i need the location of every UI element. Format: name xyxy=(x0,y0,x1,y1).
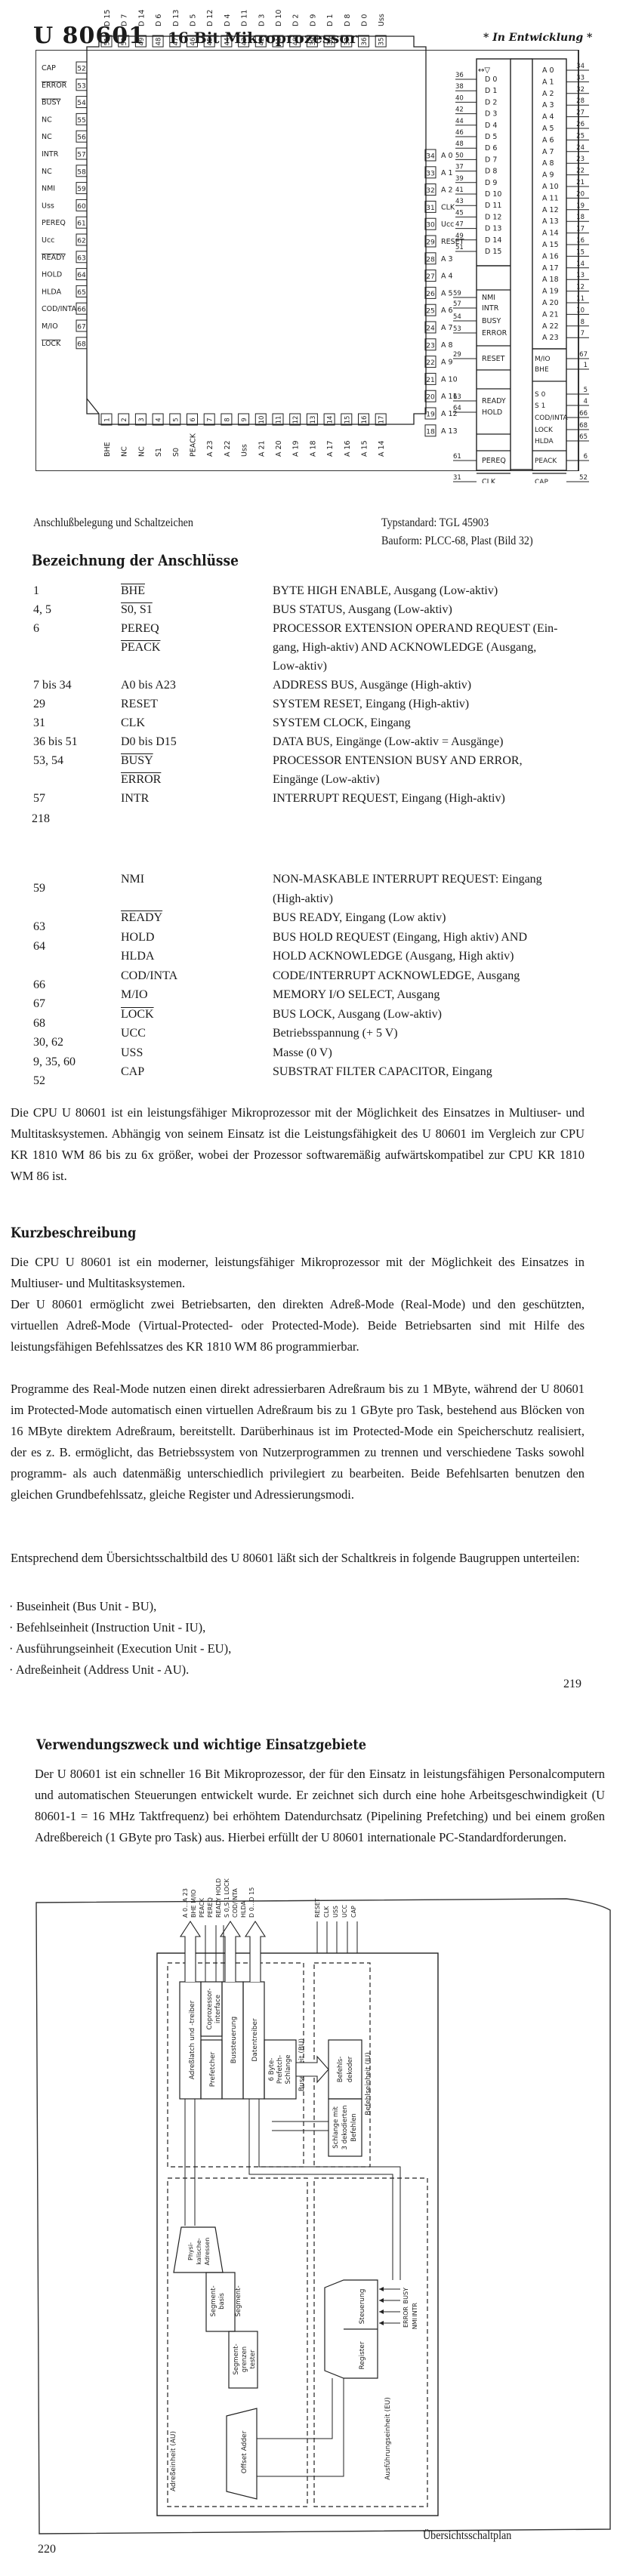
pin-number: 67 xyxy=(33,996,45,1012)
diagram-label: S1 xyxy=(155,448,163,457)
page-number: 220 xyxy=(38,2543,56,2556)
svg-text:↔▽: ↔▽ xyxy=(478,66,490,75)
diagram-label: A 9 xyxy=(441,359,453,367)
diagram-label: 19 xyxy=(426,411,435,419)
diagram-label: D 7 xyxy=(121,14,129,26)
pin-name: COD/INTA xyxy=(121,968,177,984)
diagram-label: 23 xyxy=(576,156,585,163)
diagram-label: D 0 xyxy=(485,75,497,84)
diagram-label: 51 xyxy=(104,38,112,46)
pin-description: DATA BUS, Eingänge (Low-aktiv = Ausgänge… xyxy=(273,734,575,750)
diagram-label: 44 xyxy=(224,38,231,46)
diagram-label: D 7 xyxy=(485,156,497,164)
pin-name: A0 bis A23 xyxy=(121,677,176,694)
diagram-label: Ausführungseinheit (EU) xyxy=(384,2397,392,2480)
diagram-label: 31 xyxy=(453,474,461,482)
diagram-label: 20 xyxy=(426,394,435,402)
diagram-label: Ucc xyxy=(42,236,54,245)
diagram-label: S0 xyxy=(172,448,180,457)
diagram-label: PEACK xyxy=(190,433,198,457)
diagram-label: Prefetch- xyxy=(276,2055,284,2084)
diagram-label: A 4 xyxy=(441,273,453,281)
pin-description: PROCESSOR ENTENSION BUSY AND ERROR, xyxy=(273,753,575,769)
pin-number: 52 xyxy=(33,1073,45,1089)
pin-name: UCC xyxy=(121,1025,146,1042)
diagram-label: A 12 xyxy=(542,206,559,214)
diagram-label: 57 xyxy=(453,300,461,308)
diagram-label: D 12 xyxy=(206,10,214,26)
diagram-label: A 3 xyxy=(542,101,554,109)
pinout-figure: 52CAP53ERROR54BUSY55NC56NC57INTR58NC59NM… xyxy=(0,0,620,483)
diagram-label: COD/INTA xyxy=(232,1888,239,1918)
diagram-label: PEREQ xyxy=(42,219,66,227)
diagram-label: 22 xyxy=(426,359,434,367)
diagram-label: 33 xyxy=(576,74,585,82)
diagram-label: grenzen xyxy=(241,2346,248,2372)
diagram-label: 25 xyxy=(426,308,434,316)
diagram-label: D 14 xyxy=(485,236,501,245)
pin-description: gang, High-aktiv) AND ACKNOWLEDGE (Ausga… xyxy=(273,639,575,656)
diagram-label: 41 xyxy=(276,38,283,46)
pin-name: PEREQ xyxy=(121,621,159,637)
block-diagram: Buseinheit (BU)Befehlseinheit (IU)Ausfüh… xyxy=(0,1865,620,2544)
diagram-label: 1 xyxy=(584,362,588,369)
diagram-label: 24 xyxy=(426,325,435,333)
kurzbeschreibung-heading: Kurzbeschreibung xyxy=(11,1225,136,1241)
diagram-label: 6 xyxy=(584,453,588,461)
diagram-label: 4 xyxy=(156,418,163,421)
diagram-label: 47 xyxy=(172,38,180,46)
diagram-label: D 13 xyxy=(485,225,501,233)
diagram-label: A 18 xyxy=(542,276,559,284)
diagram-label: A 21 xyxy=(542,310,559,319)
diagram-label: D 1 xyxy=(485,87,497,95)
figure-caption: Anschlußbelegung und Schaltzeichen xyxy=(33,516,193,530)
pin-description: HOLD ACKNOWLEDGE (Ausgang, High aktiv) xyxy=(273,948,575,965)
pin-description: Betriebsspannung (+ 5 V) xyxy=(273,1025,575,1042)
diagram-label: 51 xyxy=(455,244,464,251)
diagram-label: 46 xyxy=(455,129,464,137)
diagram-label: 34 xyxy=(426,153,435,161)
diagram-label: 63 xyxy=(77,254,85,262)
diagram-label: 58 xyxy=(77,168,86,176)
diagram-label: 28 xyxy=(426,256,435,263)
diagram-label: 9 xyxy=(241,418,248,421)
diagram-label: Segment- xyxy=(235,2285,242,2316)
diagram-label: 39 xyxy=(310,38,317,46)
diagram-label: 64 xyxy=(77,272,86,279)
diagram-label: 53 xyxy=(453,325,461,333)
pin-table-heading: Bezeichnung der Anschlüsse xyxy=(32,551,239,569)
diagram-label: 49 xyxy=(138,38,146,46)
diagram-label: A 19 xyxy=(542,288,559,296)
diagram-label: Adressen xyxy=(204,2238,211,2266)
diagram-label: tester xyxy=(249,2350,257,2369)
diagram-label: 65 xyxy=(77,289,85,297)
diagram-label: A 20 xyxy=(542,299,559,307)
diagram-label: INTR xyxy=(412,2303,418,2317)
diagram-label: 11 xyxy=(276,416,283,424)
diagram-label: 16 xyxy=(361,416,369,424)
pin-name: READY xyxy=(121,910,162,926)
diagram-label: M/IO xyxy=(535,356,551,363)
diagram-label: BUSY xyxy=(42,99,61,107)
diagram-label: 40 xyxy=(292,38,300,46)
diagram-label: D 14 xyxy=(137,10,146,26)
diagram-label: 66 xyxy=(579,410,588,418)
diagram-label: basis xyxy=(218,2293,226,2309)
diagram-label: A 17 xyxy=(542,264,559,273)
diagram-label: INTR xyxy=(482,304,499,313)
diagram-label: 42 xyxy=(258,38,266,46)
pin-description: SYSTEM RESET, Eingang (High-aktiv) xyxy=(273,696,575,713)
diagram-label: UCC xyxy=(341,1905,348,1918)
diagram-label: A 7 xyxy=(441,324,453,332)
diagram-label: 8 xyxy=(224,418,231,421)
pin-description: BUS READY, Eingang (Low aktiv) xyxy=(273,910,575,926)
diagram-label: A 1 xyxy=(441,169,453,177)
diagram-label: Coprozessor- xyxy=(206,1989,214,2030)
diagram-label: 8 xyxy=(581,319,585,326)
diagram-label: 33 xyxy=(426,170,434,177)
pin-description: (High-aktiv) xyxy=(273,891,575,907)
diagram-label: D 1 xyxy=(326,14,335,26)
diagram-label: A 3 xyxy=(441,255,453,263)
pin-number: 66 xyxy=(33,977,45,994)
diagram-label: 60 xyxy=(77,203,86,211)
diagram-label: D 9 xyxy=(309,14,317,26)
diagram-label: NC xyxy=(42,116,52,124)
diagram-label: A 19 xyxy=(292,440,301,457)
diagram-label: NC xyxy=(42,133,52,141)
intro-paragraph: Die CPU U 80601 ist ein leistungsfähiger… xyxy=(11,1102,585,1187)
diagram-label: Uss xyxy=(42,202,54,210)
pin-description: BUS HOLD REQUEST (Eingang, High aktiv) A… xyxy=(273,929,575,946)
diagram-label: 21 xyxy=(426,377,434,384)
pin-description: BYTE HIGH ENABLE, Ausgang (Low-aktiv) xyxy=(273,583,575,599)
diagram-label: A 4 xyxy=(542,113,554,122)
diagram-label: Segment- xyxy=(210,2285,217,2316)
diagram-label: A 0...A 23 xyxy=(182,1888,189,1918)
pin-description: ADDRESS BUS, Ausgänge (High-aktiv) xyxy=(273,677,575,694)
pin-description: NON-MASKABLE INTERRUPT REQUEST: Eingang xyxy=(273,871,575,888)
pin-description: Eingänge (Low-aktiv) xyxy=(273,772,575,788)
pin-number: 59 xyxy=(33,880,45,897)
diagram-label: D 15 xyxy=(103,10,112,26)
diagram-label: 43 xyxy=(455,198,464,205)
diagram-label: 48 xyxy=(156,38,163,46)
diagram-label: 27 xyxy=(426,273,434,281)
diagram-label: A 6 xyxy=(441,307,453,315)
diagram-label: RESET xyxy=(482,355,505,363)
diagram-label: PEREQ xyxy=(482,457,506,465)
diagram-label: 27 xyxy=(576,109,585,117)
diagram-label: INTR xyxy=(42,150,59,159)
diagram-label: 48 xyxy=(455,140,464,148)
diagram-label: 15 xyxy=(576,248,585,256)
diagram-label: A 0 xyxy=(441,152,453,160)
diagram-label: D 6 xyxy=(485,144,497,153)
diagram-label: 55 xyxy=(77,117,85,125)
diagram-label: A 2 xyxy=(542,90,554,98)
diagram-label: 39 xyxy=(455,175,464,183)
diagram-label: D 10 xyxy=(275,10,283,26)
diagram-label: A 0 xyxy=(542,66,554,75)
pin-name: ERROR xyxy=(121,772,161,788)
pin-name: RESET xyxy=(121,696,158,713)
pin-description: INTERRUPT REQUEST, Eingang (High-aktiv) xyxy=(273,790,575,807)
pin-number: 31 xyxy=(33,715,45,732)
diagram-label: D 5 xyxy=(190,14,198,26)
pin-name: BHE xyxy=(121,583,145,599)
diagram-label: 32 xyxy=(426,187,434,195)
diagram-label: D 2 xyxy=(485,98,497,106)
diagram-label: Bussteuerung xyxy=(230,2017,238,2063)
diagram-label: 1 xyxy=(104,418,112,421)
diagram-label: HLDA xyxy=(535,438,554,445)
diagram-label: 31 xyxy=(426,205,434,212)
pin-number: 1 xyxy=(33,583,39,599)
diagram-label: A 8 xyxy=(542,159,554,168)
diagram-label: D 9 xyxy=(485,179,497,187)
diagram-label: A 5 xyxy=(441,289,453,297)
diagram-label: COD/INTA xyxy=(42,305,77,313)
diagram-label: 17 xyxy=(378,416,386,424)
diagram-label: 46 xyxy=(190,38,197,46)
diagram-label: 4 xyxy=(584,398,588,405)
diagram-label: 12 xyxy=(292,416,300,424)
diagram-label: A 16 xyxy=(344,440,352,457)
diagram-label: 5 xyxy=(584,387,588,394)
pin-description: Masse (0 V) xyxy=(273,1045,575,1062)
diagram-label: A 15 xyxy=(361,440,369,457)
diagram-label: A 13 xyxy=(542,217,559,226)
diagram-label: BHE xyxy=(535,366,549,374)
diagram-label: A 11 xyxy=(542,194,559,202)
diagram-label: A 8 xyxy=(441,341,453,350)
diagram-label: PEACK xyxy=(199,1897,205,1918)
diagram-label: PEREQ xyxy=(207,1897,214,1918)
pin-number: 57 xyxy=(33,790,45,807)
list-item: · Buseinheit (Bus Unit - BU), xyxy=(9,1599,156,1614)
diagram-label: Segment- xyxy=(233,2343,240,2374)
pin-name: INTR xyxy=(121,790,149,807)
diagram-label: Befehlen xyxy=(350,2113,358,2142)
diagram-label: 2 xyxy=(121,418,128,421)
diagram-label: 64 xyxy=(453,405,461,412)
kurz-paragraph-1: Die CPU U 80601 ist ein moderner, leistu… xyxy=(11,1252,585,1294)
diagram-label: LOCK xyxy=(42,340,61,348)
diagram-label: CAP xyxy=(350,1906,357,1918)
diagram-label: A 10 xyxy=(542,183,559,191)
diagram-label: 22 xyxy=(576,168,585,175)
diagram-label: A 23 xyxy=(206,440,214,457)
pin-name: NMI xyxy=(121,871,144,888)
diagram-label: 18 xyxy=(576,214,585,221)
diagram-label: Schlange xyxy=(285,2054,292,2084)
diagram-label: 3 dekodierten xyxy=(341,2106,349,2150)
diagram-label: S 0,S 1 LOCK xyxy=(224,1878,230,1918)
pin-name: HLDA xyxy=(121,948,154,965)
diagram-label: D 15 xyxy=(485,248,501,256)
diagram-label: CAP xyxy=(42,64,56,72)
diagram-label: Datentreiber xyxy=(251,2018,259,2062)
diagram-label: 3 xyxy=(138,418,146,421)
diagram-label: 10 xyxy=(258,416,266,424)
list-item: · Adreßeinheit (Address Unit - AU). xyxy=(9,1662,189,1678)
pin-description: BUS LOCK, Ausgang (Low-aktiv) xyxy=(273,1006,575,1023)
diagram-label: 29 xyxy=(426,239,435,247)
diagram-label: ERROR xyxy=(403,2306,409,2328)
diagram-label: 30 xyxy=(426,222,435,230)
pin-number: 63 xyxy=(33,919,45,935)
diagram-label: D 2 xyxy=(292,14,301,26)
diagram-label: 7 xyxy=(207,418,214,421)
diagram-label: LOCK xyxy=(535,427,554,434)
pin-name: BUSY xyxy=(121,753,153,769)
diagram-label: A 23 xyxy=(542,334,559,342)
diagram-label: 35 xyxy=(378,38,386,46)
diagram-label: S 0 xyxy=(535,391,546,399)
diagram-label: NMI xyxy=(412,2318,418,2329)
diagram-label: 15 xyxy=(344,416,351,424)
diagram-label: Register xyxy=(359,2341,366,2369)
diagram-label: 24 xyxy=(576,144,585,152)
diagram-label: 61 xyxy=(453,453,461,461)
diagram-label: HLDA xyxy=(42,288,62,296)
diagram-label: NMI xyxy=(42,185,55,193)
diagram-label: 10 xyxy=(576,307,585,314)
diagram-label: A 22 xyxy=(224,440,232,457)
pin-name: M/IO xyxy=(121,987,148,1003)
diagram-label: 59 xyxy=(453,290,461,297)
list-item: · Befehlseinheit (Instruction Unit - IU)… xyxy=(9,1620,205,1635)
diagram-label: 38 xyxy=(455,83,464,91)
diagram-label: dekoder xyxy=(347,2056,354,2082)
diagram-label: 6 xyxy=(190,418,197,421)
diagram-label: Offset Adder xyxy=(241,2430,248,2473)
diagram-label: D 5 xyxy=(485,133,497,141)
diagram-label: 42 xyxy=(455,106,464,114)
diagram-label: D 13 xyxy=(172,10,180,26)
diagram-label: 20 xyxy=(576,190,585,198)
diagram-label: D 8 xyxy=(344,14,352,26)
diagram-label: interface xyxy=(214,1995,222,2023)
pin-description: PROCESSOR EXTENSION OPERAND REQUEST (Ein… xyxy=(273,621,575,637)
kurz-paragraph-4: Entsprechend dem Übersichtsschaltbild de… xyxy=(11,1548,585,1569)
diagram-label: 50 xyxy=(121,38,128,46)
diagram-label: A 20 xyxy=(275,440,283,457)
pin-number: 4, 5 xyxy=(33,602,51,618)
diagram-label: D 11 xyxy=(241,10,249,26)
diagram-label: 34 xyxy=(576,63,585,70)
diagram-label: BHE xyxy=(103,442,112,457)
diagram-label: A 5 xyxy=(542,125,554,133)
diagram-label: PEACK xyxy=(535,458,557,465)
diagram-label: Ucc xyxy=(441,220,454,229)
diagram-label: 17 xyxy=(576,226,585,233)
diagram-label: 41 xyxy=(455,186,464,194)
diagram-label: D 4 xyxy=(485,122,497,130)
diagram-label: 25 xyxy=(576,132,585,140)
pin-number: 29 xyxy=(33,696,45,713)
diagram-label: BHE M/IO xyxy=(190,1890,197,1918)
verwendung-heading: Verwendungszweck und wichtige Einsatzgeb… xyxy=(36,1736,366,1753)
pin-number: 64 xyxy=(33,938,45,955)
diagram-label: D 0...D 15 xyxy=(248,1887,255,1918)
pin-name: USS xyxy=(121,1045,143,1062)
diagram-label: 28 xyxy=(576,97,585,105)
pin-number: 36 bis 51 xyxy=(33,734,78,750)
diagram-label: NC xyxy=(42,168,52,176)
diagram-label: BUSY xyxy=(403,2288,409,2303)
diagram-label: 54 xyxy=(77,100,86,107)
diagram-label: READY HOLD xyxy=(215,1878,222,1918)
page-number: 218 xyxy=(32,812,50,826)
diagram-label: 16 xyxy=(576,237,585,245)
pin-name: CAP xyxy=(121,1064,144,1080)
diagram-label: 52 xyxy=(579,474,588,482)
diagram-label: Uss xyxy=(241,444,249,457)
diagram-label: A 2 xyxy=(441,186,453,195)
diagram-label: M/IO xyxy=(42,322,58,331)
diagram-label: D 10 xyxy=(485,190,501,199)
diagram-label: D 6 xyxy=(155,14,163,26)
diagram-label: A 9 xyxy=(542,171,554,180)
diagram-label: 40 xyxy=(455,94,464,102)
diagram-label: A 16 xyxy=(542,252,559,260)
diagram-label: ERROR xyxy=(42,82,67,90)
diagram-label: CLK xyxy=(441,203,455,211)
pin-description: SYSTEM CLOCK, Eingang xyxy=(273,715,575,732)
diagram-label: 44 xyxy=(455,118,464,125)
diagram-label: RESET xyxy=(314,1898,321,1918)
diagram-label: 63 xyxy=(453,393,461,401)
diagram-label: 53 xyxy=(77,82,85,90)
diagram-label: 45 xyxy=(455,209,464,217)
diagram-label: D 12 xyxy=(485,213,501,221)
plcc-package-diagram: 52CAP53ERROR54BUSY55NC56NC57INTR58NC59NM… xyxy=(42,10,464,457)
diagram-label: D 11 xyxy=(485,202,501,210)
package-type: Bauform: PLCC-68, Plast (Bild 32) xyxy=(381,535,533,548)
diagram-label: Physi- xyxy=(187,2242,194,2260)
diagram-label: 68 xyxy=(77,340,86,348)
diagram-label: 61 xyxy=(77,220,85,228)
diagram-label: A 15 xyxy=(542,241,559,249)
diagram-label: 38 xyxy=(327,38,335,46)
diagram-label: HOLD xyxy=(482,408,502,417)
diagram-label: D 0 xyxy=(361,14,369,26)
diagram-label: 7 xyxy=(581,330,585,337)
diagram-label: 14 xyxy=(576,260,585,268)
pin-name: CLK xyxy=(121,715,145,732)
diagram-label: CLK xyxy=(323,1906,330,1918)
diagram-label: 54 xyxy=(453,313,461,321)
diagram-label: 29 xyxy=(453,351,461,359)
diagram-label: Befehls- xyxy=(337,2057,344,2083)
diagram-label: 19 xyxy=(576,202,585,210)
circuit-symbol: ↔▽D 036D 138D 240D 342D 444D 546D 648D 7… xyxy=(453,59,589,483)
diagram-label: 52 xyxy=(77,66,85,73)
diagram-label: D 3 xyxy=(258,14,266,26)
diagram-label: Befehlseinheit (IU) xyxy=(365,2052,372,2115)
diagram-label: 49 xyxy=(455,233,464,240)
diagram-label: ERROR xyxy=(482,329,507,337)
diagram-label: 57 xyxy=(77,152,85,159)
diagram-label: A 21 xyxy=(258,440,266,457)
pin-number: 53, 54 xyxy=(33,753,63,769)
diagram-label: 21 xyxy=(576,179,585,186)
